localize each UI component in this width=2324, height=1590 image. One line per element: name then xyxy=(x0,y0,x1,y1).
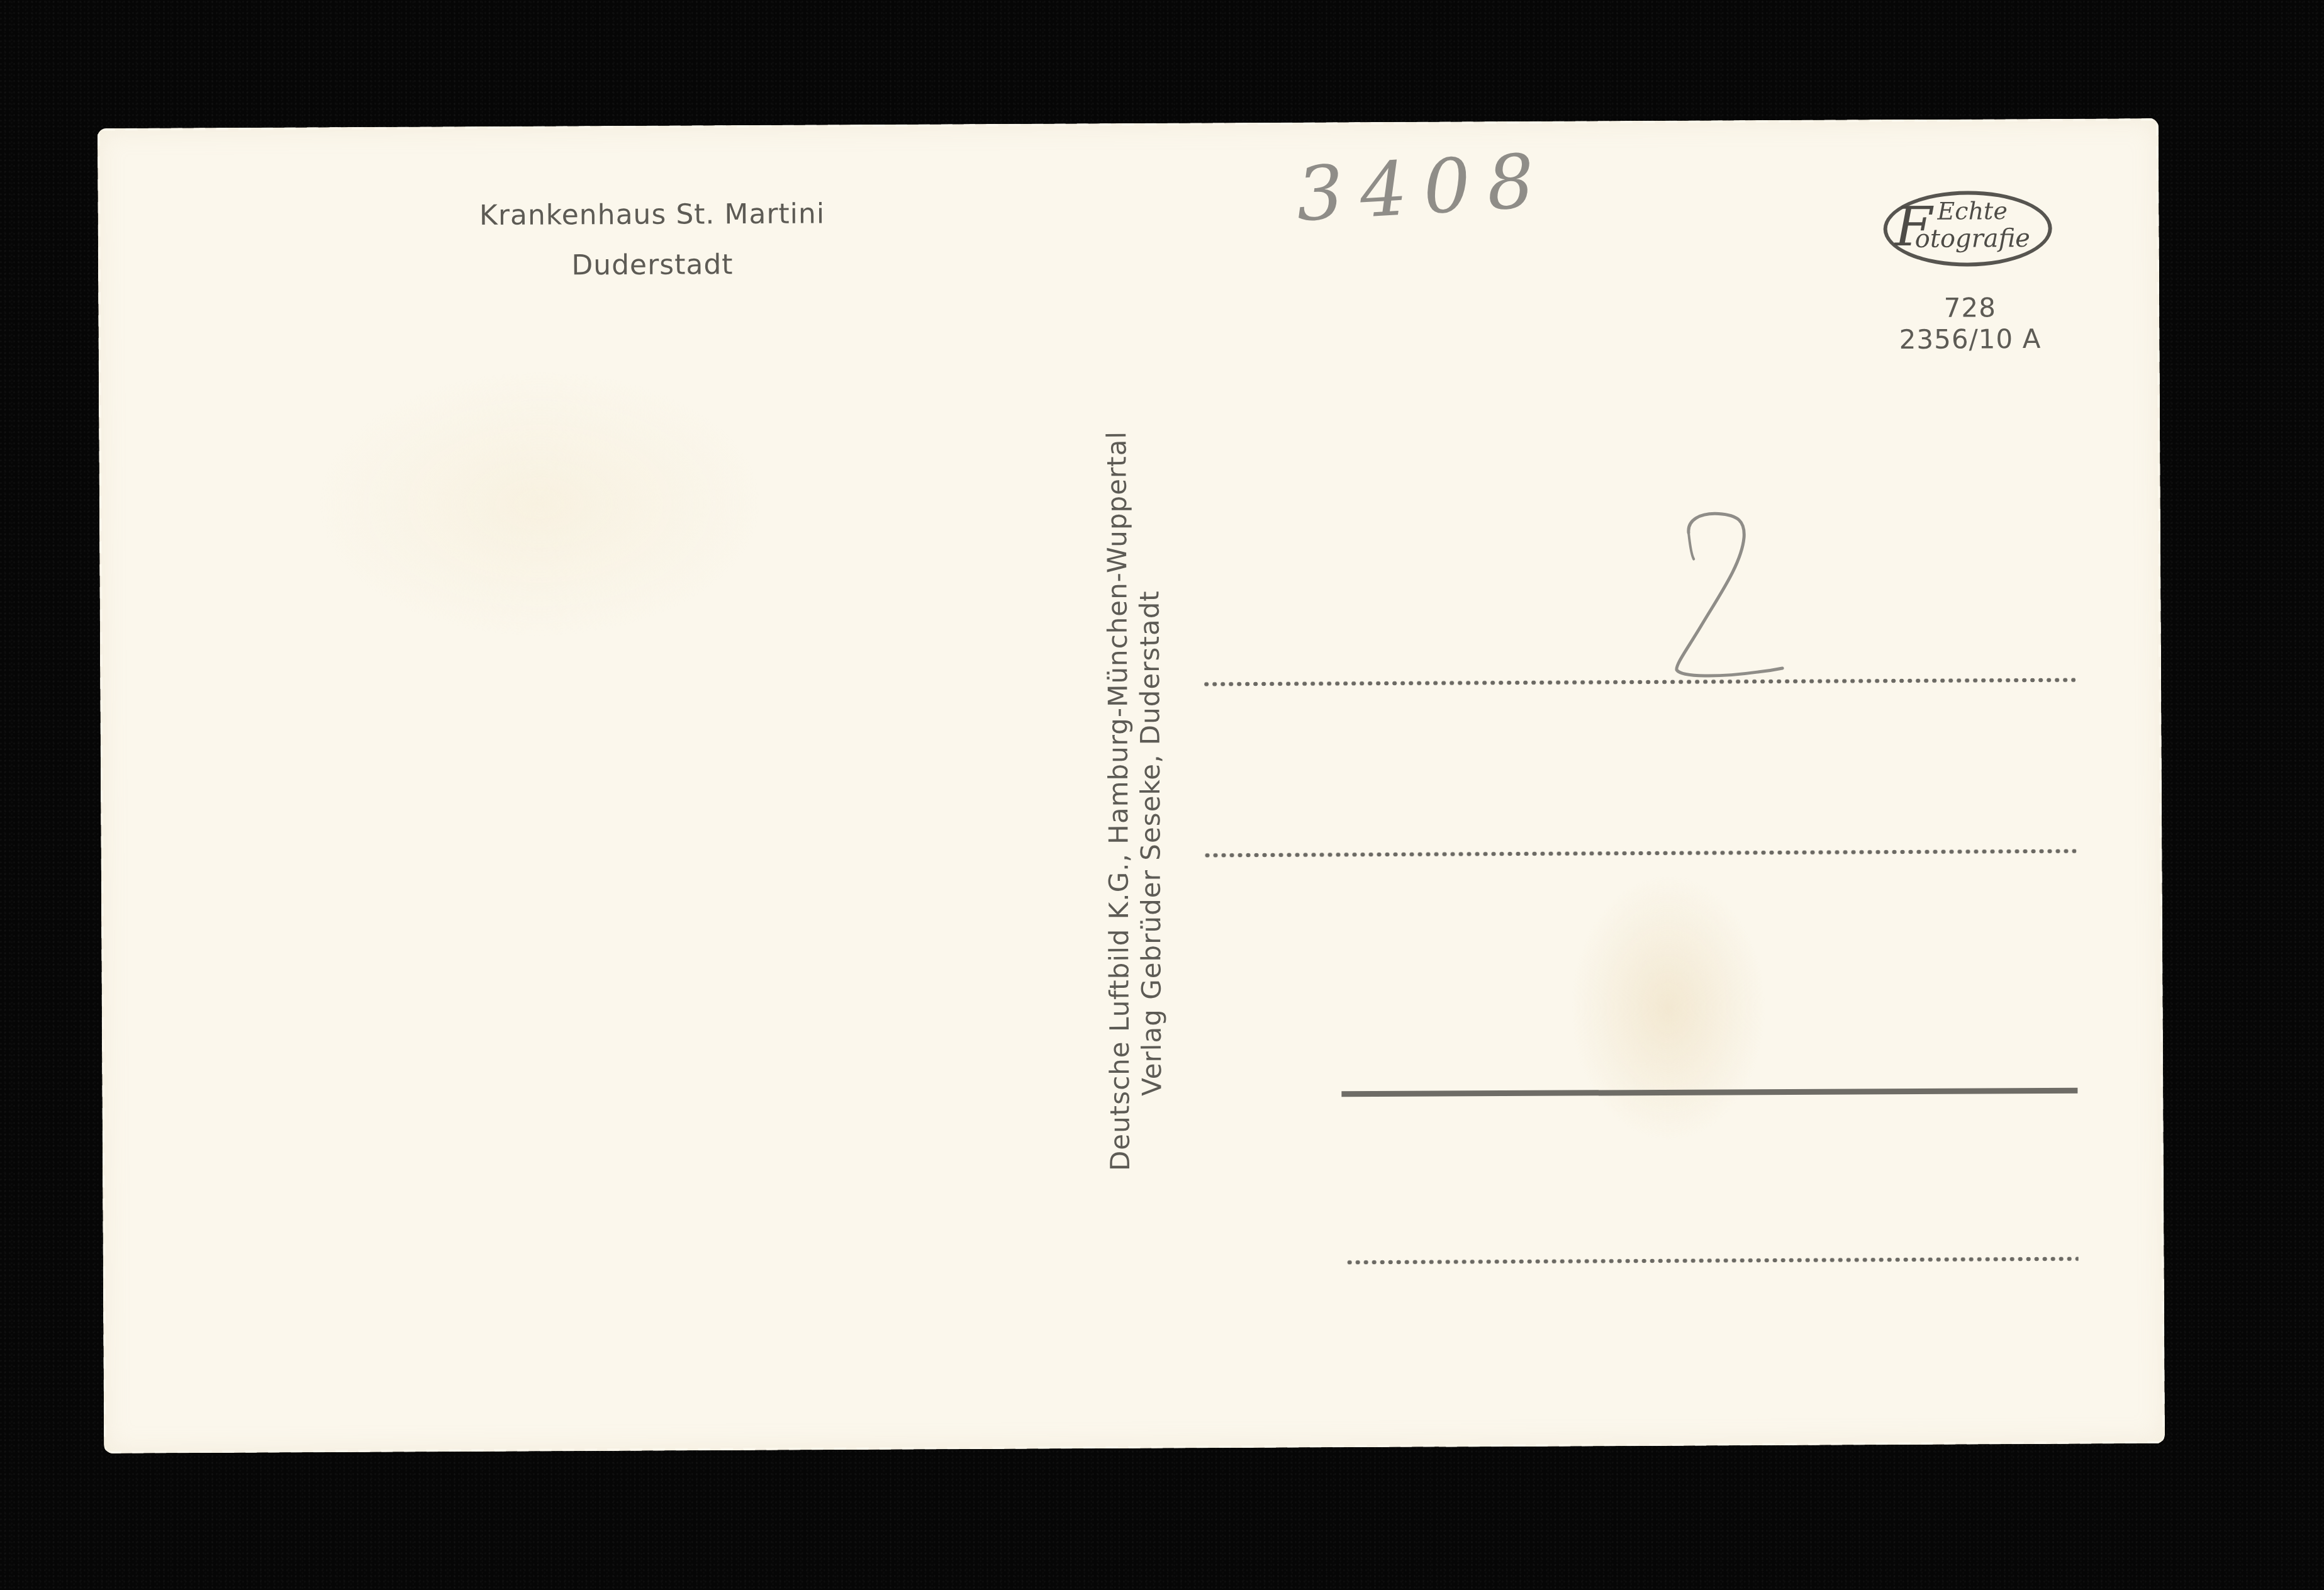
address-line-2 xyxy=(1204,849,2077,858)
echte-fotografie-stamp-icon: F Echte otografie xyxy=(1883,191,2052,267)
postcard-back: Krankenhaus St. Martini Duderstadt 3408 … xyxy=(98,118,2165,1453)
caption-line-2: Duderstadt xyxy=(455,239,849,291)
catalog-code: 2356/10 A xyxy=(1885,323,2055,356)
postcard-caption: Krankenhaus St. Martini Duderstadt xyxy=(455,189,849,291)
card-number: 728 xyxy=(1885,292,2055,324)
publisher-line-2: Verlag Gebrüder Seseke, Duderstadt xyxy=(1133,590,1168,1096)
handwritten-mark-2 xyxy=(1662,507,1789,690)
address-line-4 xyxy=(1346,1257,2079,1265)
address-line-3-solid xyxy=(1341,1088,2077,1097)
address-line-1 xyxy=(1202,678,2075,687)
caption-line-1: Krankenhaus St. Martini xyxy=(455,189,849,241)
handwritten-inventory-number: 3408 xyxy=(1294,137,1553,238)
stamp-text-echte: Echte xyxy=(1937,198,2007,224)
stamp-text-fotografie: otografie xyxy=(1915,225,2030,253)
publisher-line-1: Deutsche Luftbild K.G., Hamburg-München-… xyxy=(1100,431,1137,1172)
